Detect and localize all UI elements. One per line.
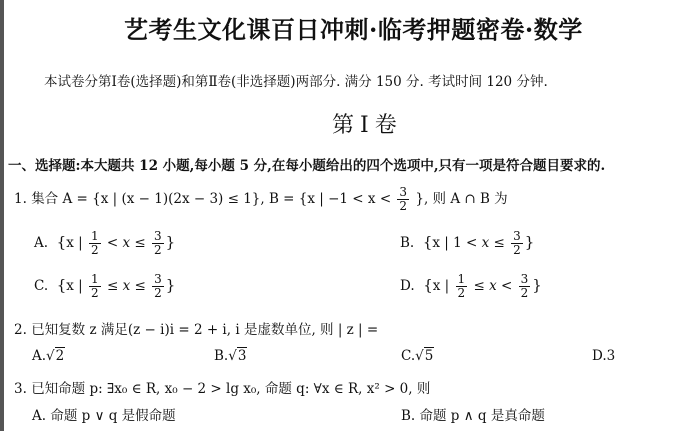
question-number: 1. bbox=[14, 191, 27, 207]
question-math-end: }, 则 A ∩ B 为 bbox=[415, 191, 507, 207]
question-3-option-b[interactable]: B. 命题 p ∧ q 是真命题 bbox=[401, 404, 545, 424]
question-text: 集合 bbox=[31, 191, 58, 207]
question-1-option-a[interactable]: A. {x | 12 < x ≤ 32} bbox=[34, 230, 175, 257]
fraction: 32 bbox=[397, 186, 409, 213]
exam-instructions: 本试卷分第Ⅰ卷(选择题)和第Ⅱ卷(非选择题)两部分. 满分 150 分. 考试时… bbox=[44, 70, 548, 90]
sqrt-icon: √ bbox=[415, 348, 424, 364]
section-heading: 一、选择题:本大题共 12 小题,每小题 5 分,在每小题给出的四个选项中,只有… bbox=[8, 154, 605, 174]
question-math: A = {x | (x − 1)(2x − 3) ≤ 1}, B = {x | … bbox=[62, 191, 391, 207]
volume-heading: 第Ⅰ卷 bbox=[332, 108, 403, 139]
document-title: 艺考生文化课百日冲刺·临考押题密卷·数学 bbox=[124, 10, 583, 45]
question-2-option-b[interactable]: B.√3 bbox=[214, 348, 247, 364]
question-3-stem: 3. 已知命题 p: ∃x₀ ∈ R, x₀ − 2 > lg x₀, 命题 q… bbox=[14, 377, 430, 397]
sqrt-icon: √ bbox=[228, 348, 237, 364]
question-2-stem: 2. 已知复数 z 满足(z − i)i = 2 + i, i 是虚数单位, 则… bbox=[14, 318, 378, 338]
sqrt-icon: √ bbox=[46, 348, 55, 364]
question-2-option-d[interactable]: D.3 bbox=[592, 348, 615, 364]
question-1-stem: 1. 集合 A = {x | (x − 1)(2x − 3) ≤ 1}, B =… bbox=[14, 186, 508, 213]
question-2-option-c[interactable]: C.√5 bbox=[401, 348, 434, 364]
question-1-option-c[interactable]: C. {x | 12 ≤ x ≤ 32} bbox=[34, 273, 175, 300]
viewer-left-edge bbox=[0, 0, 4, 431]
question-2-option-a[interactable]: A.√2 bbox=[32, 348, 65, 364]
question-1-option-d[interactable]: D. {x | 12 ≤ x < 32} bbox=[400, 273, 542, 300]
question-1-option-b[interactable]: B. {x | 1 < x ≤ 32} bbox=[400, 230, 534, 257]
question-3-option-a[interactable]: A. 命题 p ∨ q 是假命题 bbox=[32, 404, 176, 424]
